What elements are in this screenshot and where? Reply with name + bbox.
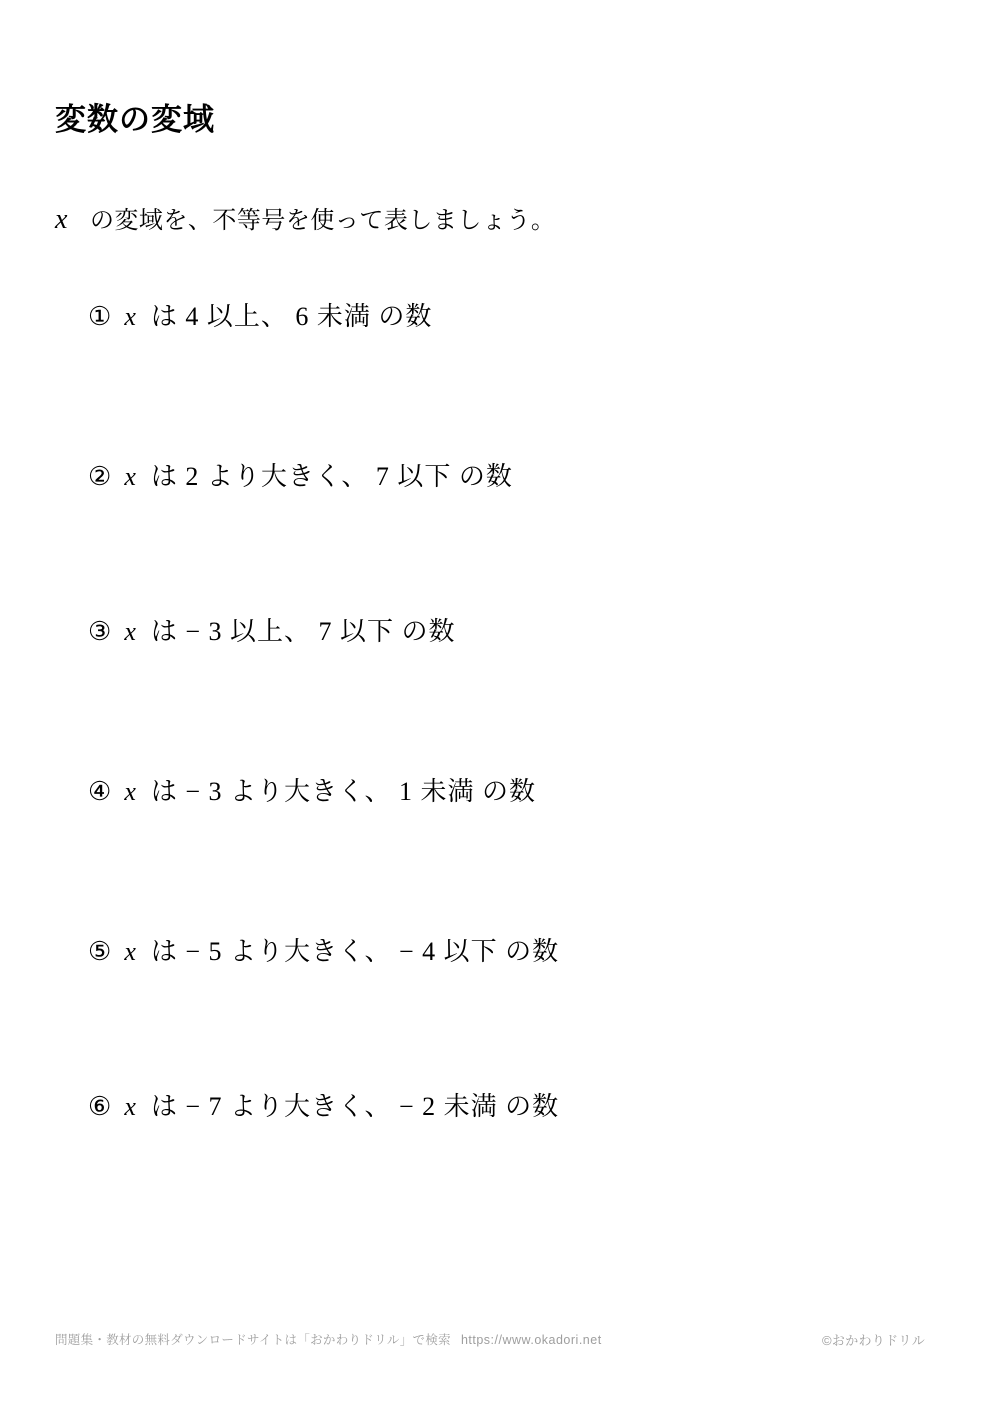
variable-symbol: x (124, 1092, 137, 1121)
problem-item-5: ⑤xは − 5 より大きく、 − 4 以下 の数 (88, 935, 559, 969)
page-title: 変数の変域 (55, 103, 215, 137)
problem-text: は − 3 以上、 7 以下 の数 (151, 617, 456, 646)
variable-symbol: x (55, 204, 68, 235)
worksheet-page: 変数の変域 xの変域を、不等号を使って表しましょう。 ①xは 4 以上、 6 未… (0, 0, 1000, 1415)
problem-number: ③ (88, 617, 112, 646)
problem-number: ④ (88, 777, 112, 806)
footer-site-note: 問題集・教材の無料ダウンロードサイトは「おかわりドリル」で検索https://w… (55, 1330, 602, 1348)
problem-number: ② (88, 462, 112, 491)
problem-item-1: ①xは 4 以上、 6 未満 の数 (88, 300, 432, 334)
problem-item-4: ④xは − 3 より大きく、 1 未満 の数 (88, 775, 536, 809)
problem-number: ① (88, 302, 112, 331)
instruction-line: xの変域を、不等号を使って表しましょう。 (55, 200, 555, 239)
footer-copyright: ©おかわりドリル (822, 1330, 925, 1349)
problem-item-6: ⑥xは − 7 より大きく、 − 2 未満 の数 (88, 1090, 559, 1124)
variable-symbol: x (124, 777, 137, 806)
problem-number: ⑥ (88, 1092, 112, 1121)
variable-symbol: x (124, 462, 137, 491)
problem-text: は − 7 より大きく、 − 2 未満 の数 (151, 1092, 559, 1121)
problem-text: は − 3 より大きく、 1 未満 の数 (151, 777, 536, 806)
problem-text: は 4 以上、 6 未満 の数 (151, 302, 433, 331)
problem-text: は − 5 より大きく、 − 4 以下 の数 (151, 937, 559, 966)
footer-url: https://www.okadori.net (461, 1333, 602, 1347)
problem-item-2: ②xは 2 より大きく、 7 以下 の数 (88, 460, 513, 494)
problem-item-3: ③xは − 3 以上、 7 以下 の数 (88, 615, 456, 649)
problem-number: ⑤ (88, 937, 112, 966)
variable-symbol: x (124, 302, 137, 331)
variable-symbol: x (124, 937, 137, 966)
variable-symbol: x (124, 617, 137, 646)
instruction-text: の変域を、不等号を使って表しましょう。 (90, 207, 556, 234)
problem-text: は 2 より大きく、 7 以下 の数 (151, 462, 513, 491)
footer-note-text: 問題集・教材の無料ダウンロードサイトは「おかわりドリル」で検索 (55, 1333, 451, 1347)
